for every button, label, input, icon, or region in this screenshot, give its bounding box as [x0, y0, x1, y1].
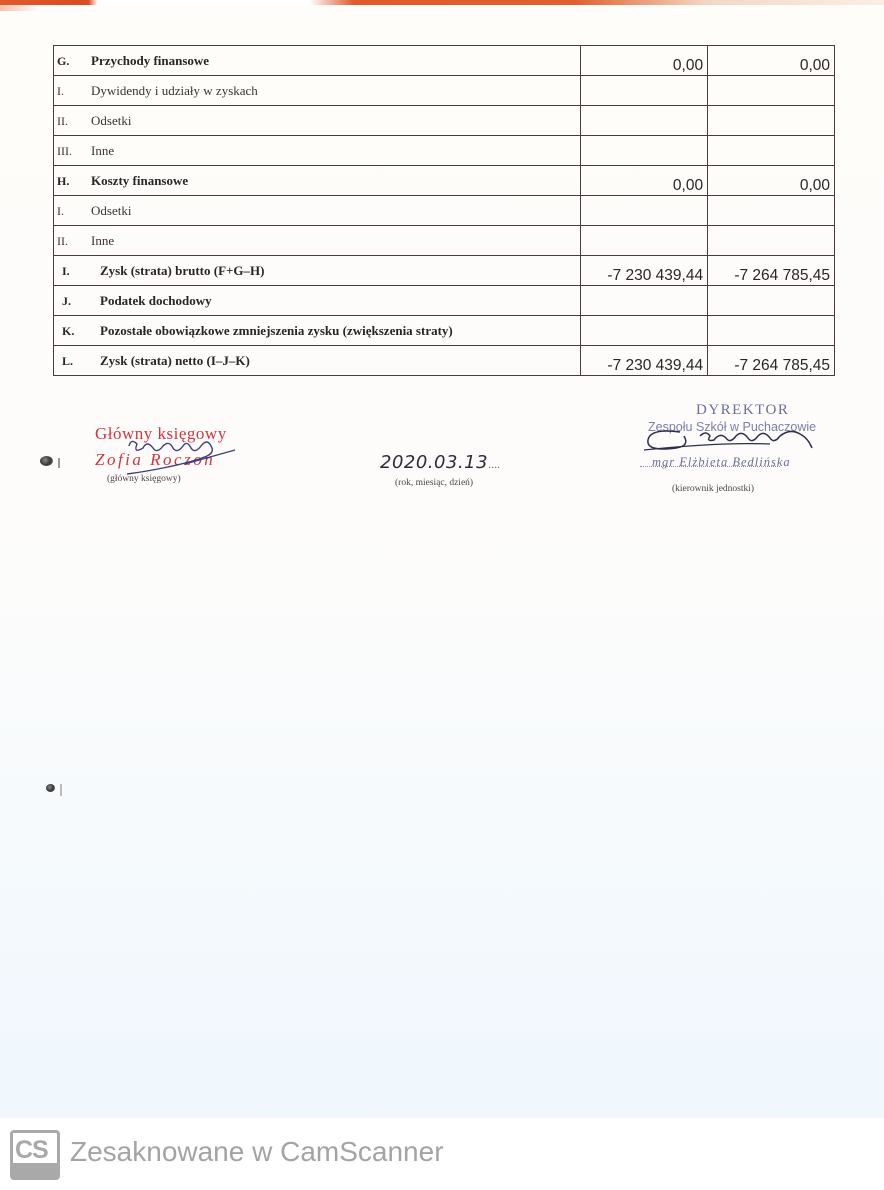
- table-row: II.Odsetki: [54, 106, 835, 136]
- value-previous-year: [581, 76, 708, 106]
- accountant-handwritten-signature: [123, 434, 243, 476]
- row-label-cell: II.Inne: [54, 226, 581, 256]
- value-current-year: -7 264 785,45: [708, 256, 835, 286]
- row-code: I.: [54, 84, 91, 99]
- camscanner-logo-text: CS: [15, 1136, 48, 1165]
- handwritten-date: 2020.03.13: [380, 452, 488, 473]
- value-current-year: 0,00: [708, 46, 835, 76]
- row-label-cell: K.Pozostałe obowiązkowe zmniejszenia zys…: [54, 316, 581, 346]
- director-stamp-title: DYREKTOR: [696, 402, 789, 419]
- value-current-year: [708, 76, 835, 106]
- value-current-year: [708, 316, 835, 346]
- row-code: J.: [54, 294, 100, 309]
- row-code: II.: [54, 114, 91, 129]
- row-label: Inne: [91, 233, 114, 248]
- value-current-year: [708, 106, 835, 136]
- table-row: L.Zysk (strata) netto (I–J–K)-7 230 439,…: [54, 346, 835, 376]
- value-current-year: [708, 286, 835, 316]
- date-caption: (rok, miesiąc, dzień): [395, 478, 473, 488]
- row-label: Inne: [91, 143, 114, 158]
- row-label-cell: I.Zysk (strata) brutto (F+G–H): [54, 256, 581, 286]
- value-previous-year: [581, 286, 708, 316]
- value-current-year: 0,00: [708, 166, 835, 196]
- financial-results-table: G.Przychody finansowe0,000,00I.Dywidendy…: [53, 45, 835, 376]
- row-label-cell: G.Przychody finansowe: [54, 46, 581, 76]
- row-code: H.: [54, 174, 91, 189]
- table-row: I.Zysk (strata) brutto (F+G–H)-7 230 439…: [54, 256, 835, 286]
- table-row: G.Przychody finansowe0,000,00: [54, 46, 835, 76]
- row-label: Zysk (strata) brutto (F+G–H): [100, 263, 264, 278]
- row-code: L.: [54, 354, 100, 369]
- punch-hole-icon: [40, 456, 53, 466]
- table-row: J.Podatek dochodowy: [54, 286, 835, 316]
- row-label: Koszty finansowe: [91, 173, 188, 188]
- value-previous-year: -7 230 439,44: [581, 346, 708, 376]
- row-code: I.: [54, 204, 91, 219]
- row-code: I.: [54, 264, 100, 279]
- table-row: K.Pozostałe obowiązkowe zmniejszenia zys…: [54, 316, 835, 346]
- table-row: H.Koszty finansowe0,000,00: [54, 166, 835, 196]
- value-current-year: [708, 196, 835, 226]
- row-label-cell: II.Odsetki: [54, 106, 581, 136]
- row-label: Przychody finansowe: [91, 53, 209, 68]
- value-current-year: [708, 136, 835, 166]
- date-dots: ....: [488, 457, 500, 471]
- row-label-cell: III.Inne: [54, 136, 581, 166]
- value-previous-year: 0,00: [581, 166, 708, 196]
- row-code: II.: [54, 234, 91, 249]
- row-label-cell: I.Odsetki: [54, 196, 581, 226]
- value-previous-year: -7 230 439,44: [581, 256, 708, 286]
- value-current-year: [708, 226, 835, 256]
- row-label: Odsetki: [91, 203, 131, 218]
- director-signature-line: [640, 466, 780, 467]
- table-row: III.Inne: [54, 136, 835, 166]
- punch-hole-icon: [46, 784, 55, 792]
- value-previous-year: [581, 226, 708, 256]
- row-label: Podatek dochodowy: [100, 293, 212, 308]
- director-caption: (kierownik jednostki): [672, 484, 754, 494]
- value-previous-year: [581, 316, 708, 346]
- value-previous-year: [581, 106, 708, 136]
- punch-hole-mark: [58, 458, 60, 468]
- row-code: K.: [54, 324, 100, 339]
- row-label-cell: L.Zysk (strata) netto (I–J–K): [54, 346, 581, 376]
- punch-hole-mark: [60, 784, 62, 796]
- date-block: 2020.03.13.... (rok, miesiąc, dzień): [380, 452, 520, 473]
- row-label: Pozostałe obowiązkowe zmniejszenia zysku…: [100, 323, 453, 338]
- row-label-cell: I.Dywidendy i udziały w zyskach: [54, 76, 581, 106]
- camscanner-logo-icon: CS: [10, 1130, 60, 1180]
- table-row: II.Inne: [54, 226, 835, 256]
- row-code: G.: [54, 54, 91, 69]
- value-previous-year: 0,00: [581, 46, 708, 76]
- paper-edge-shadow: [0, 5, 40, 11]
- value-current-year: -7 264 785,45: [708, 346, 835, 376]
- director-stamp-name: mgr Elżbieta Bedlińska: [652, 455, 791, 470]
- paper-top-edge: [0, 0, 884, 5]
- accountant-caption: (główny księgowy): [107, 474, 181, 484]
- value-previous-year: [581, 196, 708, 226]
- table-row: I.Odsetki: [54, 196, 835, 226]
- row-label-cell: H.Koszty finansowe: [54, 166, 581, 196]
- row-code: III.: [54, 144, 91, 159]
- table-row: I.Dywidendy i udziały w zyskach: [54, 76, 835, 106]
- row-label: Zysk (strata) netto (I–J–K): [100, 353, 250, 368]
- row-label: Odsetki: [91, 113, 131, 128]
- row-label: Dywidendy i udziały w zyskach: [91, 83, 258, 98]
- camscanner-watermark: Zesaknowane w CamScanner: [70, 1136, 444, 1168]
- row-label-cell: J.Podatek dochodowy: [54, 286, 581, 316]
- value-previous-year: [581, 136, 708, 166]
